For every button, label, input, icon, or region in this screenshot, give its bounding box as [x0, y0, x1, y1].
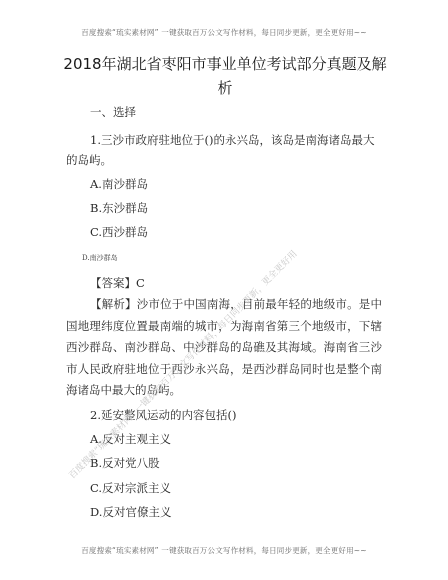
question-1-option-b: B.东沙群岛: [90, 200, 148, 216]
question-1-option-d: D.南沙群岛: [82, 253, 118, 263]
page-footer-note: 百度搜索“琉实素材网” 一键获取百万公文写作材料，每日同步更新，更全更好用~~: [0, 545, 448, 556]
question-2-option-a: A.反对主观主义: [90, 431, 171, 447]
analysis-text: 沙市位于中国南海，目前最年轻的地级市。是中国地理纬度位置最南端的城市，为海南省第…: [66, 297, 382, 397]
question-2-option-c: C.反对宗派主义: [90, 480, 171, 496]
question-1-stem-line1: 1.三沙市政府驻地位于()的永兴岛，该岛是南海诸岛最大: [90, 132, 374, 148]
question-2-option-b: B.反对党八股: [90, 455, 160, 471]
question-2-stem: 2.延安整风运动的内容包括(): [90, 407, 236, 423]
question-1-option-c: C.西沙群岛: [90, 224, 148, 240]
page-header-note: 百度搜索“琉实素材网” 一键获取百万公文写作材料，每日同步更新，更全更好用~~: [0, 27, 448, 38]
question-2-option-d: D.反对官僚主义: [90, 504, 171, 520]
document-title: 2018年湖北省枣阳市事业单位考试部分真题及解析: [60, 52, 390, 100]
question-1-option-a: A.南沙群岛: [90, 176, 148, 192]
question-1-analysis: 【解析】沙市位于中国南海，目前最年轻的地级市。是中国地理纬度位置最南端的城市，为…: [66, 294, 382, 402]
question-1-stem-line2: 的岛屿。: [66, 152, 112, 168]
question-1-answer: 【答案】C: [90, 275, 145, 291]
analysis-label: 【解析】: [90, 297, 137, 311]
section-heading: 一、选择: [90, 104, 136, 120]
